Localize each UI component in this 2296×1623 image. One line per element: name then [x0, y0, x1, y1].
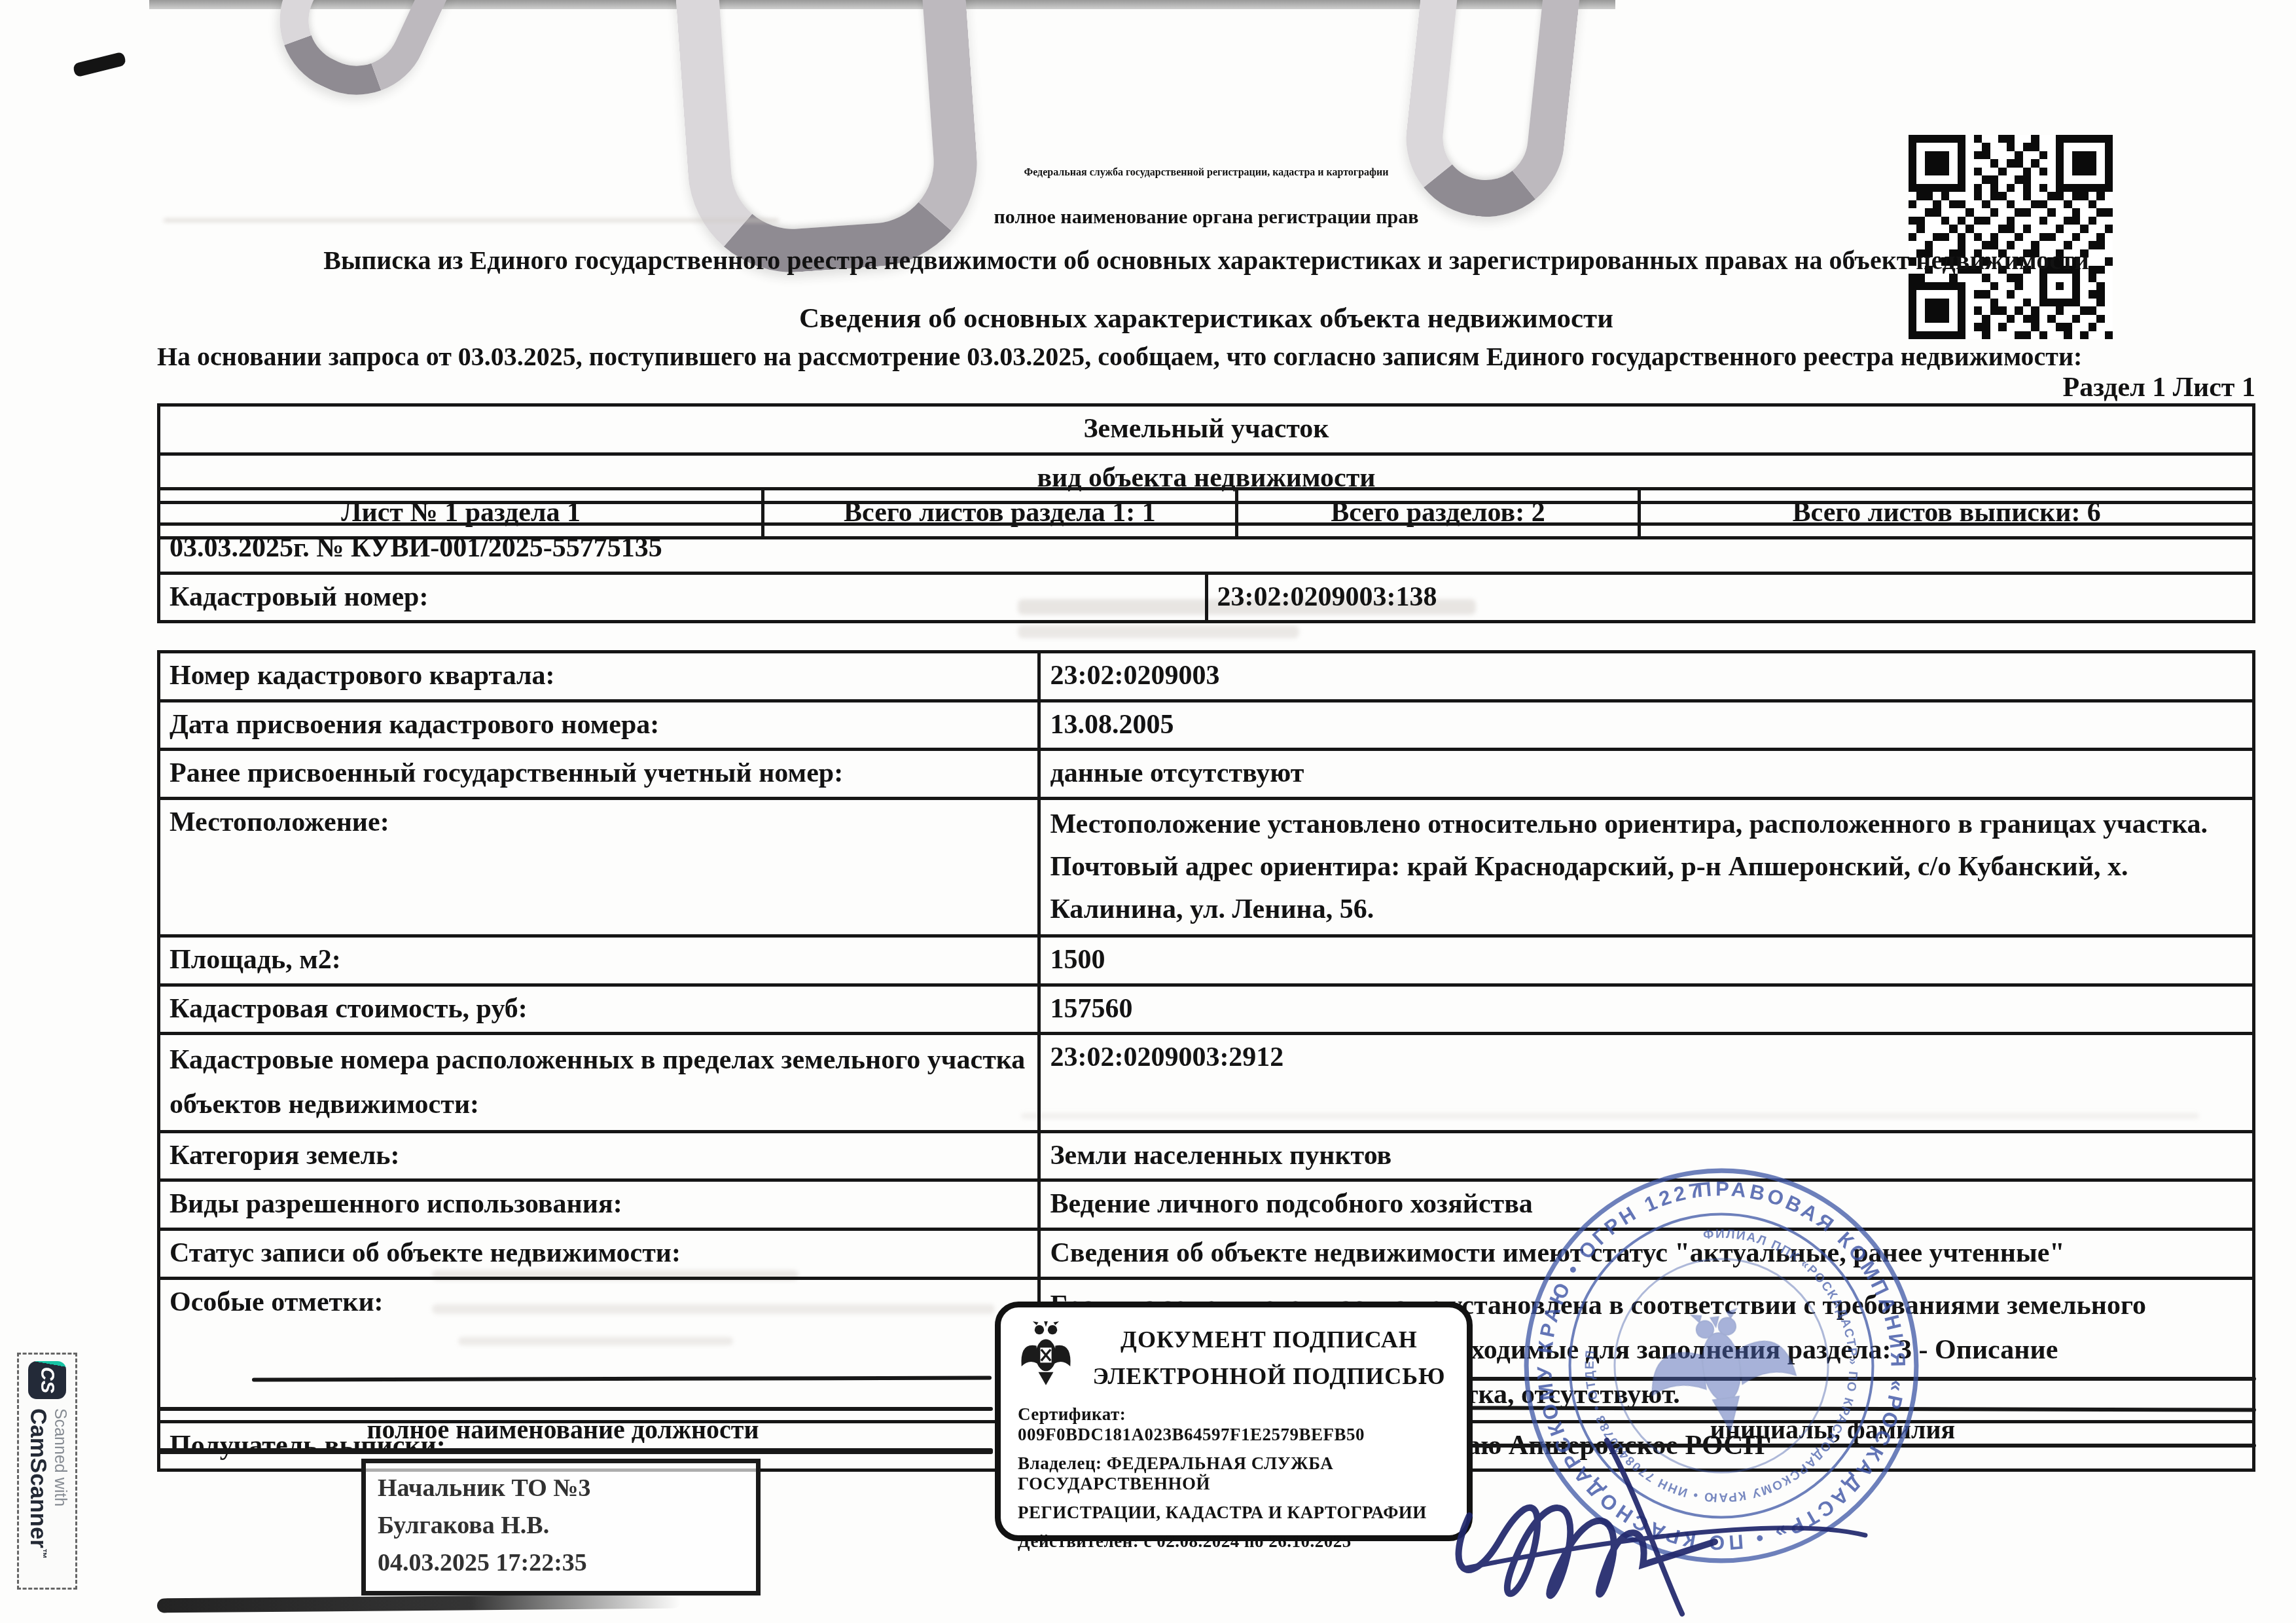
authority-title: Федеральная служба государственной регис…: [157, 167, 2255, 179]
watermark-line1: Scanned with: [50, 1408, 69, 1559]
binder-ring-right: [1399, 0, 1601, 225]
attr-value: 13.08.2005: [1039, 701, 2254, 750]
signature-rule: [158, 1448, 993, 1454]
request-line: На основании запроса от 03.03.2025, пост…: [157, 341, 2291, 372]
scan-mark: [73, 52, 127, 78]
esign-certificate: Сертификат: 009F0BDC181A023B64597F1E2579…: [1018, 1404, 1454, 1445]
camscanner-logo-icon: CS: [28, 1361, 66, 1399]
attr-label: Кадастровая стоимость, руб:: [159, 985, 1039, 1034]
scan-smudge-bar: [157, 1594, 681, 1613]
coat-of-arms-icon: [1018, 1319, 1074, 1387]
camscanner-watermark-content: CS Scanned with CamScanner™: [24, 1361, 71, 1581]
esign-title: ДОКУМЕНТ ПОДПИСАН ЭЛЕКТРОННОЙ ПОДПИСЬЮ: [1086, 1322, 1452, 1395]
document-title: Выписка из Единого государственного реес…: [157, 245, 2255, 276]
attr-label: Дата присвоения кадастрового номера:: [159, 701, 1039, 750]
signature-rule: [158, 1407, 993, 1411]
esign-title-line1: ДОКУМЕНТ ПОДПИСАН: [1086, 1322, 1452, 1359]
signer-position: Начальник ТО №3: [378, 1470, 744, 1507]
attr-value: данные отсутствуют: [1039, 750, 2254, 799]
authority-caption: полное наименование органа регистрации п…: [157, 206, 2255, 228]
esign-details: Сертификат: 009F0BDC181A023B64597F1E2579…: [1018, 1404, 1454, 1560]
object-type: Земельный участок: [159, 405, 2254, 454]
handwritten-signature: [1407, 1401, 1931, 1623]
esign-owner-line2: РЕГИСТРАЦИИ, КАДАСТРА И КАРТОГРАФИИ: [1018, 1503, 1454, 1523]
binder-ring-small: [256, 0, 482, 119]
cadastral-number-value: 23:02:0209003:138: [1206, 573, 2254, 622]
attr-label: Категория земель:: [159, 1131, 1039, 1180]
scan-ghost: [1018, 625, 1299, 638]
position-caption: полное наименование должности: [249, 1414, 877, 1445]
esign-title-line2: ЭЛЕКТРОННОЙ ПОДПИСЬЮ: [1086, 1359, 1452, 1395]
attr-label: Виды разрешенного использования:: [159, 1180, 1039, 1230]
attr-label: Кадастровые номера расположенных в преде…: [159, 1034, 1039, 1131]
signer-datetime: 04.03.2025 17:22:35: [378, 1544, 744, 1582]
watermark-line2: CamScanner™: [25, 1408, 50, 1559]
section-sheet-label: Раздел 1 Лист 1: [157, 372, 2255, 403]
cadastral-number-label: Кадастровый номер:: [159, 573, 1207, 622]
esign-box: ДОКУМЕНТ ПОДПИСАН ЭЛЕКТРОННОЙ ПОДПИСЬЮ С…: [995, 1302, 1473, 1541]
doc-number-table: 03.03.2025г. № КУВИ-001/2025-55775135 Ка…: [157, 522, 2255, 623]
binder-ring-large: [660, 0, 984, 279]
attr-label: Номер кадастрового квартала:: [159, 652, 1039, 701]
attr-value: 23:02:0209003: [1039, 652, 2254, 701]
attr-label: Статус записи об объекте недвижимости:: [159, 1230, 1039, 1279]
signer-info-box: Начальник ТО №3 Булгакова Н.В. 04.03.202…: [361, 1459, 761, 1596]
document-subtitle: Сведения об основных характеристиках объ…: [157, 302, 2255, 335]
trademark-symbol: ™: [37, 1548, 48, 1559]
attr-value: 157560: [1039, 985, 2254, 1034]
attr-label: Местоположение:: [159, 798, 1039, 936]
signer-name: Булгакова Н.В.: [378, 1507, 744, 1544]
attr-label: Площадь, м2:: [159, 936, 1039, 985]
authority-title-text: Федеральная служба государственной регис…: [1024, 167, 1388, 178]
scanned-document-page: Федеральная служба государственной регис…: [0, 0, 2296, 1623]
attr-value: 23:02:0209003:2912: [1039, 1034, 2254, 1131]
camscanner-watermark: CS Scanned with CamScanner™: [17, 1353, 77, 1590]
attr-value: 1500: [1039, 936, 2254, 985]
doc-number: 03.03.2025г. № КУВИ-001/2025-55775135: [159, 524, 2254, 574]
attr-value: Местоположение установлено относительно …: [1039, 798, 2254, 936]
esign-validity: Действителен: с 02.08.2024 по 26.10.2025: [1018, 1531, 1454, 1552]
esign-owner-line1: Владелец: ФЕДЕРАЛЬНАЯ СЛУЖБА ГОСУДАРСТВЕ…: [1018, 1453, 1454, 1494]
attr-label: Ранее присвоенный государственный учетны…: [159, 750, 1039, 799]
attr-label: Особые отметки:: [159, 1278, 1039, 1421]
